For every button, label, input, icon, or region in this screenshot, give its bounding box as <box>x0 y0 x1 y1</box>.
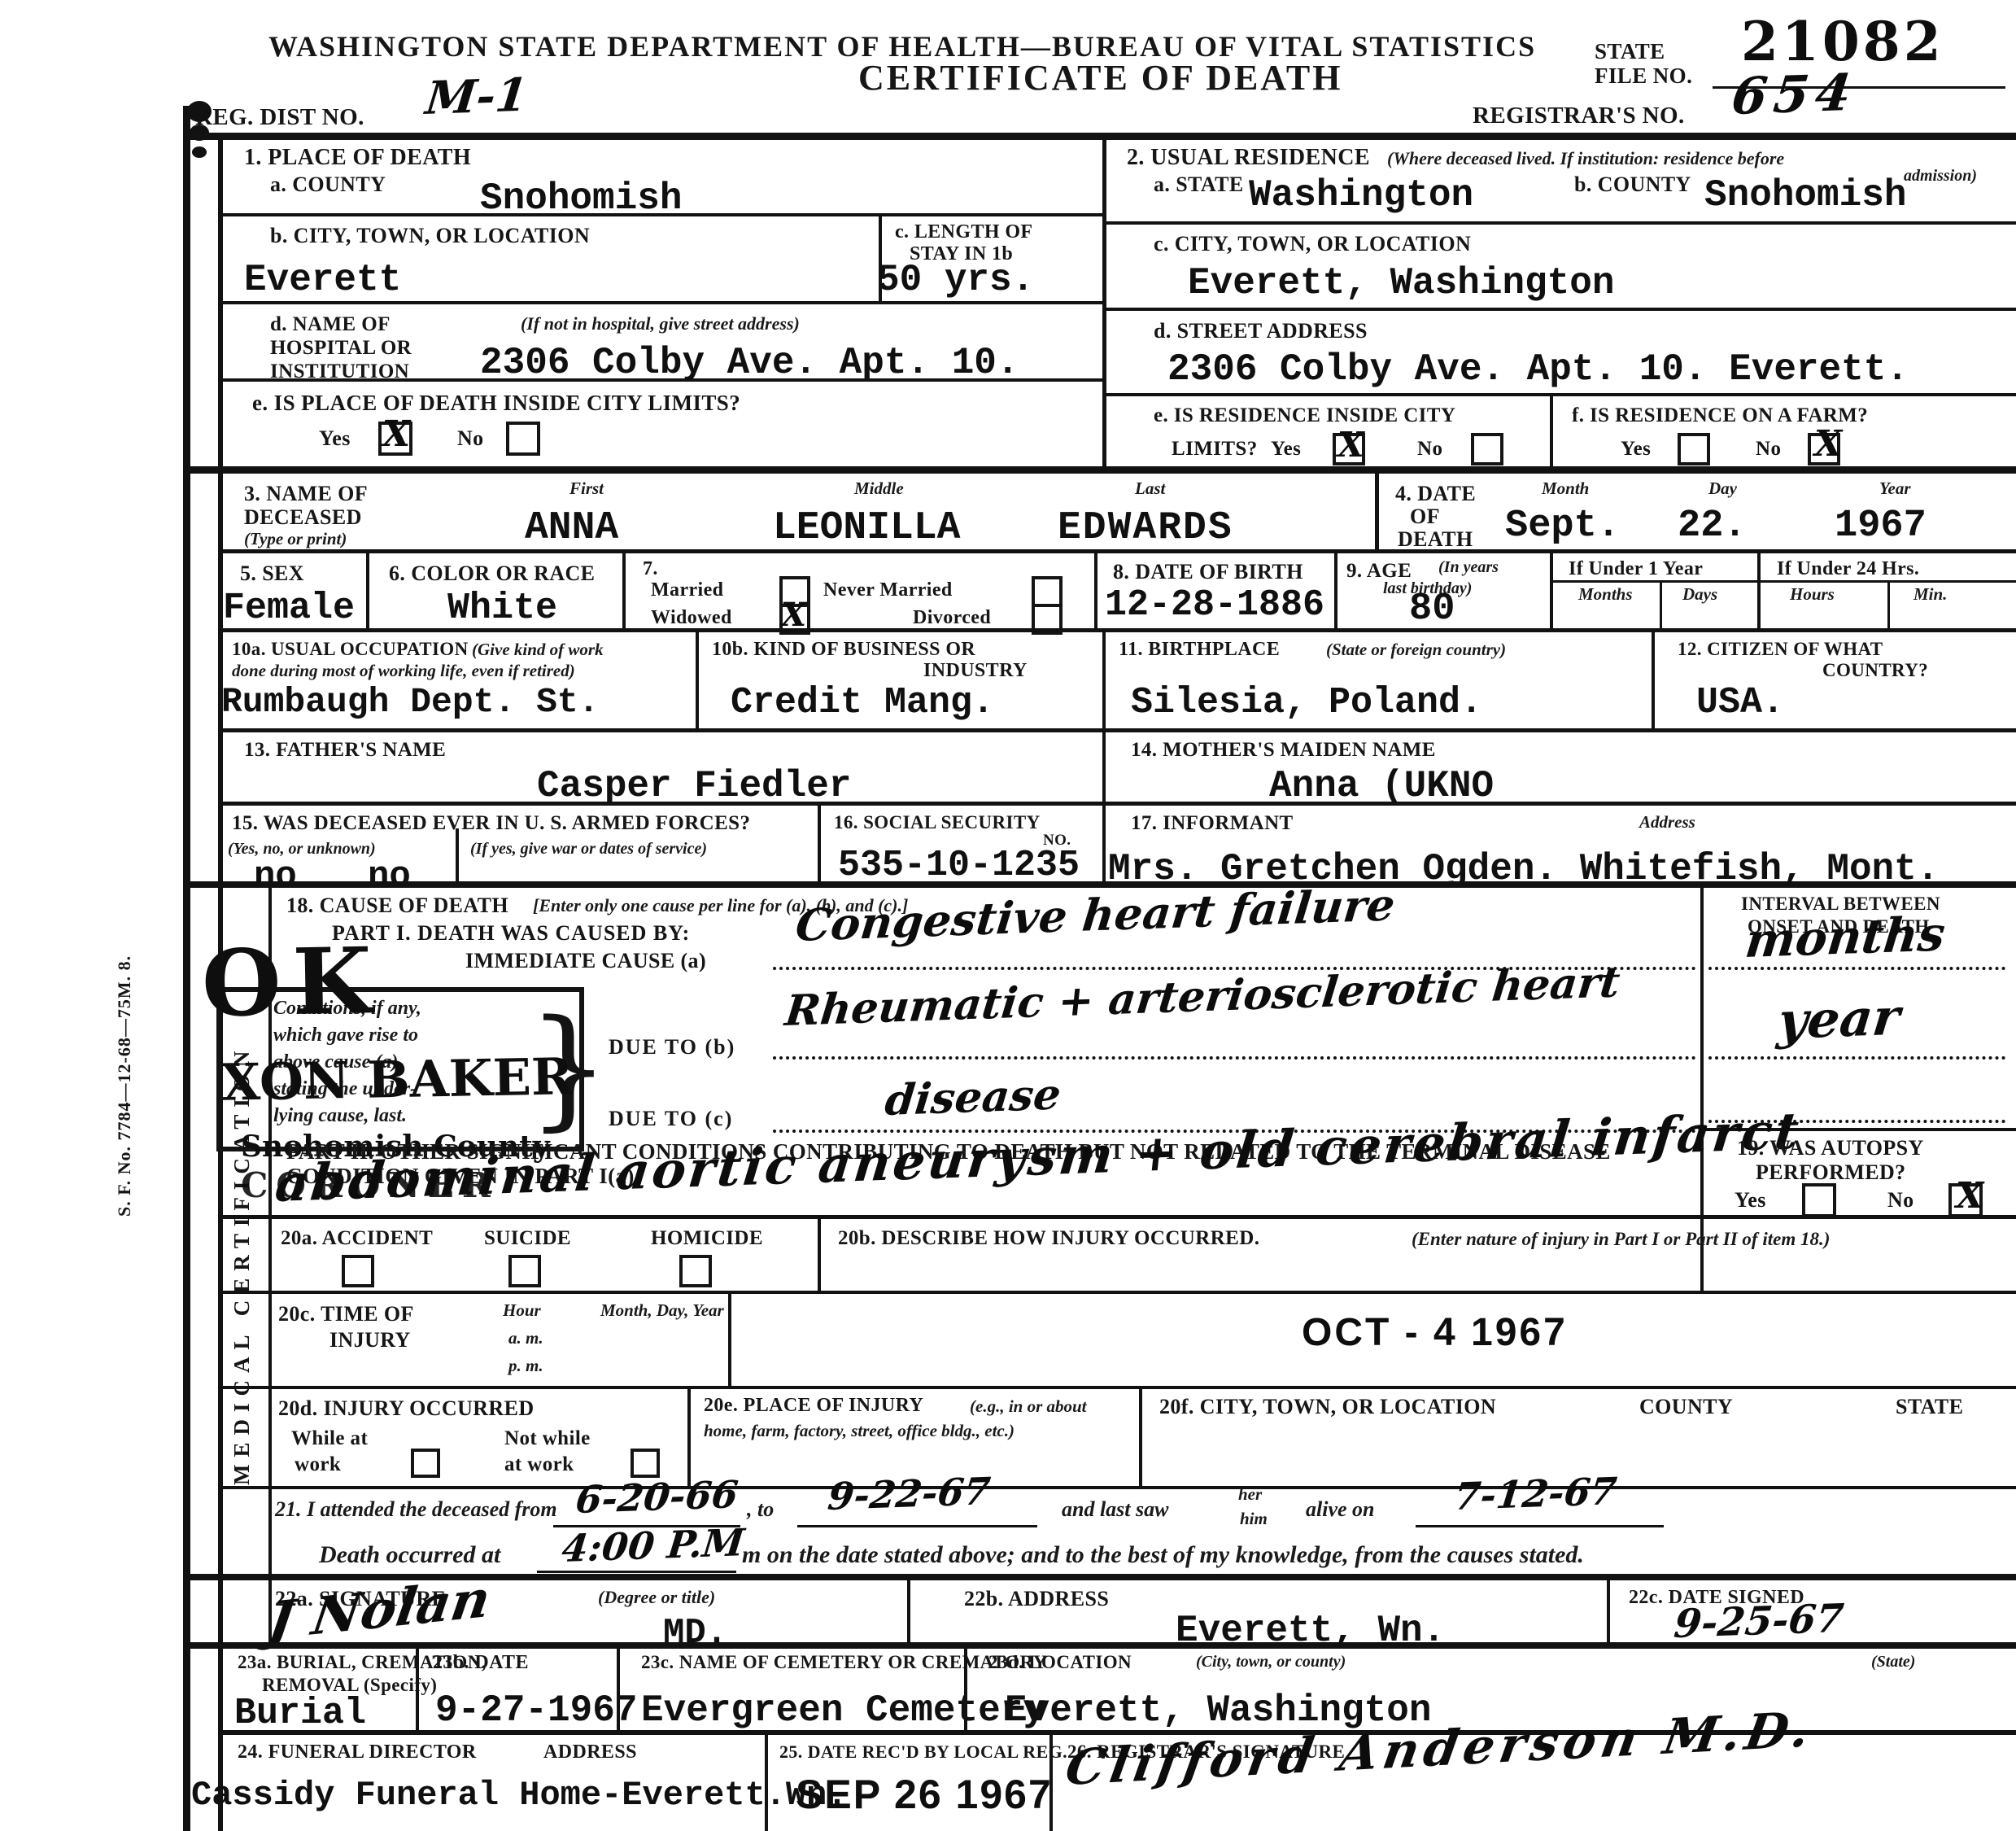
rule <box>617 1649 620 1732</box>
under-1-year-label: If Under 1 Year <box>1569 558 1703 580</box>
registrar-no-value: 654 <box>1729 63 1861 126</box>
rule <box>1757 553 1761 628</box>
immediate-cause-label: IMMEDIATE CAUSE (a) <box>465 949 706 973</box>
armed-forces-hint-1: (Yes, no, or unknown) <box>228 840 376 859</box>
rule <box>964 1649 967 1732</box>
month-day-year-label: Month, Day, Year <box>600 1300 724 1321</box>
cause-a-value: Congestive heart failure <box>793 878 1398 951</box>
yes-label: Yes <box>1621 438 1651 461</box>
occupation-hint-1: (Give kind of work <box>472 640 604 660</box>
residence-limits-label: e. IS RESIDENCE INSIDE CITY <box>1154 404 1455 427</box>
rule <box>1102 221 2016 225</box>
business-label-1: 10b. KIND OF BUSINESS OR <box>712 639 975 661</box>
armed-forces-label: 15. WAS DECEASED EVER IN U. S. ARMED FOR… <box>232 812 750 835</box>
months-label: Months <box>1578 584 1633 605</box>
cause-of-death-label: 18. CAUSE OF DEATH <box>286 894 508 918</box>
rule <box>221 213 1102 216</box>
received-date-stamp: OCT - 4 1967 <box>1302 1310 1568 1355</box>
residence-county-label: b. COUNTY <box>1574 173 1691 197</box>
am-label: a. m. <box>508 1328 543 1348</box>
burial-date-label: 23b. DATE <box>433 1652 529 1674</box>
rule <box>221 1486 2016 1489</box>
coroner-name-stamp: XON BAKER <box>220 1047 574 1112</box>
place-of-injury-label: 20e. PLACE OF INJURY <box>704 1395 923 1417</box>
disposition-location-hint-2: (State) <box>1871 1653 1915 1671</box>
not-while-label: Not while <box>504 1427 591 1450</box>
first-name-label: First <box>569 479 604 499</box>
occupation-label: 10a. USUAL OCCUPATION <box>232 639 469 660</box>
place-of-injury-hint-2: home, farm, factory, street, office bldg… <box>704 1421 1015 1441</box>
rule <box>221 802 2016 806</box>
pm-label: p. m. <box>508 1356 543 1376</box>
not-while-work-label: at work <box>504 1453 574 1476</box>
rule <box>765 1735 768 1831</box>
describe-injury-hint: (Enter nature of injury in Part I or Par… <box>1412 1229 1830 1250</box>
death-year-value: 1967 <box>1835 505 1927 548</box>
no-label: No <box>1756 438 1781 461</box>
while-work-label: work <box>295 1453 341 1476</box>
rule <box>183 466 2016 474</box>
rule <box>1550 553 1553 628</box>
autopsy-label-1: 19. WAS AUTOPSY <box>1737 1136 1924 1160</box>
armed-forces-value-2: no <box>368 856 411 897</box>
attended-from-value: 6-20-66 <box>574 1472 740 1522</box>
rule <box>1094 553 1097 628</box>
checkbox-autopsy-yes <box>1802 1183 1836 1217</box>
death-month-value: Sept. <box>1505 505 1620 548</box>
informant-address-label: Address <box>1639 812 1695 832</box>
city-value: Everett <box>244 259 401 301</box>
check-mark: X <box>1956 1175 1983 1217</box>
attended-to-value: 9-22-67 <box>826 1469 993 1519</box>
interval-b-value: year <box>1775 987 1903 1051</box>
registrar-no-label: REGISTRAR'S NO. <box>1473 103 1685 129</box>
checkbox-not-while-at-work <box>631 1449 660 1478</box>
due-to-c-label: DUE TO (c) <box>609 1107 733 1131</box>
interval-a-value: months <box>1743 907 1948 968</box>
rule <box>687 1389 691 1488</box>
rule <box>1708 1056 2005 1060</box>
last-name-label: Last <box>1135 479 1165 499</box>
first-name-value: ANNA <box>525 506 618 550</box>
age-hint-1: (In years <box>1438 558 1499 577</box>
rule <box>1660 580 1662 628</box>
funeral-director-label: 24. FUNERAL DIRECTOR <box>238 1741 477 1763</box>
attended-text-3: and last saw <box>1062 1497 1169 1522</box>
injury-occurred-label: 20d. INJURY OCCURRED <box>278 1396 535 1421</box>
divorced-label: Divorced <box>913 607 991 629</box>
hospital-label-2: HOSPITAL OR <box>270 337 412 360</box>
length-of-stay-value: 50 yrs. <box>877 259 1034 301</box>
rule <box>1550 393 1553 470</box>
marital-label: 7. <box>643 558 658 580</box>
injury-state-label: STATE <box>1896 1395 1963 1419</box>
rule <box>818 1219 821 1292</box>
citizen-value: USA. <box>1696 682 1784 723</box>
check-mark: X <box>1814 423 1842 465</box>
sex-value: Female <box>223 588 355 629</box>
death-day-value: 22. <box>1678 505 1747 548</box>
no-label: No <box>1417 438 1442 461</box>
month-label: Month <box>1542 479 1589 499</box>
page-title: CERTIFICATE OF DEATH <box>858 57 1342 98</box>
emblem-mark <box>187 101 212 122</box>
name-of-deceased-label-1: 3. NAME OF <box>244 482 368 506</box>
birthplace-value: Silesia, Poland. <box>1131 682 1482 723</box>
form-code: S. F. No. 7784—12-68—75M. 8. <box>114 899 135 1217</box>
local-reg-date-stamp: SEP 26 1967 <box>796 1771 1053 1818</box>
county-label: a. COUNTY <box>270 173 386 197</box>
death-certificate-scan: WASHINGTON STATE DEPARTMENT OF HEALTH—BU… <box>0 0 2016 1831</box>
ssn-label: 16. SOCIAL SECURITY <box>834 812 1041 833</box>
injury-city-label: 20f. CITY, TOWN, OR LOCATION <box>1159 1395 1496 1419</box>
rule <box>773 1056 1696 1060</box>
rule <box>183 881 2016 888</box>
suicide-label: SUICIDE <box>484 1227 571 1250</box>
name-of-deceased-label-2: DECEASED <box>244 505 362 530</box>
rule <box>221 1215 2016 1219</box>
birthplace-hint: (State or foreign country) <box>1326 640 1506 660</box>
date-of-birth-value: 12-28-1886 <box>1105 584 1324 626</box>
certifier-address-label: 22b. ADDRESS <box>964 1587 1109 1611</box>
rule <box>221 1386 2016 1389</box>
middle-name-label: Middle <box>854 479 904 499</box>
disposition-location-hint: (City, town, or county) <box>1196 1653 1346 1671</box>
race-value: White <box>447 588 557 629</box>
attended-text-1: 21. I attended the deceased from <box>275 1497 557 1522</box>
local-reg-label: 25. DATE REC'D BY LOCAL REG. <box>779 1741 1067 1763</box>
middle-name-value: LEONILLA <box>773 506 960 550</box>
homicide-label: HOMICIDE <box>651 1227 763 1250</box>
informant-label: 17. INFORMANT <box>1131 812 1294 835</box>
residence-state-label: a. STATE <box>1154 173 1244 197</box>
business-value: Credit Mang. <box>731 682 994 723</box>
checkbox-accident <box>342 1255 374 1287</box>
rule <box>1652 632 1655 728</box>
checkbox-suicide <box>508 1255 541 1287</box>
cause-b-value-2: disease <box>883 1070 1063 1125</box>
widowed-label: Widowed <box>651 607 732 629</box>
place-of-injury-hint-1: (e.g., in or about <box>970 1396 1087 1417</box>
place-of-death-heading: 1. PLACE OF DEATH <box>244 145 471 171</box>
reg-dist-label: REG. DIST NO. <box>195 104 364 131</box>
rule <box>728 1294 731 1387</box>
street-address-label: d. STREET ADDRESS <box>1154 319 1368 343</box>
rule <box>537 1571 736 1573</box>
him-label: him <box>1240 1509 1268 1529</box>
min-label: Min. <box>1913 584 1947 605</box>
check-mark: X <box>382 413 410 455</box>
disposition-location-label: 23d. LOCATION <box>988 1652 1132 1673</box>
citizen-label-1: 12. CITIZEN OF WHAT <box>1678 639 1883 660</box>
rule <box>221 628 2016 632</box>
last-name-value: EDWARDS <box>1058 506 1233 550</box>
residence-state-value: Washington <box>1249 174 1473 216</box>
rule <box>1757 580 2016 583</box>
hours-label: Hours <box>1790 584 1835 605</box>
date-signed-value: 9-25-67 <box>1672 1596 1846 1647</box>
armed-forces-value-1: no <box>254 856 297 897</box>
checkbox-while-at-work <box>411 1449 440 1478</box>
usual-residence-hint-2: admission) <box>1904 167 1977 186</box>
age-value: 80 <box>1409 588 1455 631</box>
time-of-injury-label-1: 20c. TIME OF <box>278 1302 414 1326</box>
date-of-death-label-3: DEATH <box>1398 527 1473 552</box>
part1-label: PART I. DEATH WAS CAUSED BY: <box>332 921 690 946</box>
year-label: Year <box>1879 479 1911 499</box>
city-limits-label: e. IS PLACE OF DEATH INSIDE CITY LIMITS? <box>252 391 740 416</box>
hour-label: Hour <box>503 1300 541 1321</box>
describe-injury-label: 20b. DESCRIBE HOW INJURY OCCURRED. <box>838 1227 1259 1250</box>
mother-name-label: 14. MOTHER'S MAIDEN NAME <box>1131 739 1436 762</box>
rule <box>1102 308 2016 311</box>
date-of-death-label-2: OF <box>1410 505 1440 529</box>
funeral-director-value: Cassidy Funeral Home-Everett.Wn. <box>191 1776 848 1815</box>
rule <box>907 1580 910 1644</box>
residence-limits-label-2: LIMITS? <box>1172 438 1258 461</box>
funeral-address-label: ADDRESS <box>543 1741 637 1763</box>
hospital-hint: (If not in hospital, give street address… <box>521 313 800 334</box>
under-24-hrs-label: If Under 24 Hrs. <box>1777 558 1919 580</box>
rule <box>696 632 699 728</box>
rule <box>1334 553 1337 628</box>
checkbox-residence-limits-no <box>1471 433 1503 465</box>
rule <box>622 553 626 628</box>
attended-text-5: Death occurred at <box>319 1541 500 1569</box>
disposition-value: Burial <box>234 1693 366 1734</box>
rule <box>456 828 459 883</box>
rule <box>366 553 369 628</box>
rule <box>1049 1735 1053 1831</box>
date-of-birth-label: 8. DATE OF BIRTH <box>1113 560 1303 584</box>
city-label: b. CITY, TOWN, OR LOCATION <box>270 224 590 248</box>
no-label: No <box>457 426 484 451</box>
rule <box>1708 967 2005 970</box>
citizen-label-2: COUNTRY? <box>1822 660 1928 681</box>
rule <box>1102 393 2016 396</box>
attended-text-6: m on the date stated above; and to the b… <box>742 1541 1584 1569</box>
rule <box>1102 133 1106 470</box>
date-of-death-label-1: 4. DATE <box>1395 482 1476 506</box>
reg-dist-value: M-1 <box>423 68 530 125</box>
autopsy-label-2: PERFORMED? <box>1756 1160 1906 1185</box>
rule <box>1416 1525 1664 1527</box>
due-to-b-label: DUE TO (b) <box>609 1035 735 1060</box>
business-label-2: INDUSTRY <box>923 660 1028 682</box>
rule <box>416 1649 419 1732</box>
rule <box>1375 474 1379 549</box>
rule <box>183 1642 2016 1649</box>
rule <box>183 106 190 1831</box>
usual-residence-hint: (Where deceased lived. If institution: r… <box>1387 148 1784 169</box>
length-of-stay-label: c. LENGTH OF <box>895 221 1032 243</box>
residence-county-value: Snohomish <box>1704 174 1906 216</box>
rule <box>1887 580 1890 628</box>
time-of-injury-label-2: INJURY <box>329 1328 411 1352</box>
rule <box>221 378 1102 382</box>
state-file-label-1: STATE <box>1595 39 1665 64</box>
birthplace-label: 11. BIRTHPLACE <box>1119 639 1280 661</box>
accident-label: 20a. ACCIDENT <box>281 1227 433 1250</box>
yes-label: Yes <box>1271 438 1301 461</box>
rule <box>221 1291 2016 1294</box>
days-label: Days <box>1682 584 1717 605</box>
race-label: 6. COLOR OR RACE <box>389 562 595 586</box>
residence-city-value: Everett, Washington <box>1188 262 1615 304</box>
married-label: Married <box>651 579 723 601</box>
rule <box>183 133 2016 140</box>
day-label: Day <box>1708 479 1737 499</box>
checkbox-farm-yes <box>1678 433 1710 465</box>
while-at-label: While at <box>291 1427 368 1450</box>
physician-signature: J Nolan <box>264 1569 494 1652</box>
rule <box>221 301 1102 304</box>
no-label: No <box>1887 1188 1914 1213</box>
rule <box>221 728 2016 732</box>
armed-forces-hint-2: (If yes, give war or dates of service) <box>470 840 707 859</box>
rule <box>1102 732 1106 802</box>
rule <box>1139 1389 1142 1488</box>
death-time-value: 4:00 P.M <box>560 1520 747 1571</box>
rule <box>1607 1580 1610 1644</box>
cemetery-label: 23c. NAME OF CEMETERY OR CREMATORY <box>641 1652 1047 1673</box>
rule <box>818 806 821 883</box>
check-mark: X <box>1337 425 1364 465</box>
sex-label: 5. SEX <box>240 562 304 586</box>
residence-city-label: c. CITY, TOWN, OR LOCATION <box>1154 232 1471 256</box>
checkbox-homicide <box>679 1255 712 1287</box>
ok-stamp: OK <box>201 928 384 1038</box>
hospital-label-1: d. NAME OF <box>270 313 391 336</box>
attended-text-4: alive on <box>1306 1497 1375 1522</box>
cemetery-value: Evergreen Cemetery <box>641 1689 1045 1732</box>
rule <box>1102 806 1106 883</box>
attended-alive-value: 7-12-67 <box>1452 1469 1619 1519</box>
state-file-label-2: FILE NO. <box>1595 63 1692 89</box>
injury-county-label: COUNTY <box>1639 1395 1733 1419</box>
occupation-value: Rumbaugh Dept. St. <box>221 682 599 722</box>
rule <box>1550 580 1757 583</box>
street-address-value: 2306 Colby Ave. Apt. 10. Everett. <box>1167 348 1909 391</box>
usual-residence-heading: 2. USUAL RESIDENCE <box>1127 145 1370 171</box>
never-married-label: Never Married <box>823 579 953 601</box>
rule <box>1102 632 1106 728</box>
occupation-hint-2: done during most of working life, even i… <box>232 661 575 681</box>
checkbox-place-limits-no <box>506 422 540 456</box>
attended-text-2: , to <box>747 1497 774 1522</box>
degree-hint: (Degree or title) <box>598 1587 715 1608</box>
yes-label: Yes <box>319 426 351 451</box>
rule <box>221 549 2016 553</box>
burial-date-value: 9-27-1967 <box>435 1689 637 1732</box>
name-of-deceased-label-3: (Type or print) <box>244 529 347 549</box>
her-label: her <box>1238 1484 1262 1505</box>
yes-label: Yes <box>1735 1188 1766 1213</box>
father-name-label: 13. FATHER'S NAME <box>244 739 446 762</box>
checkbox-never-married <box>1032 576 1063 607</box>
ssn-value: 535-10-1235 <box>838 845 1080 886</box>
rule <box>797 1525 1037 1527</box>
